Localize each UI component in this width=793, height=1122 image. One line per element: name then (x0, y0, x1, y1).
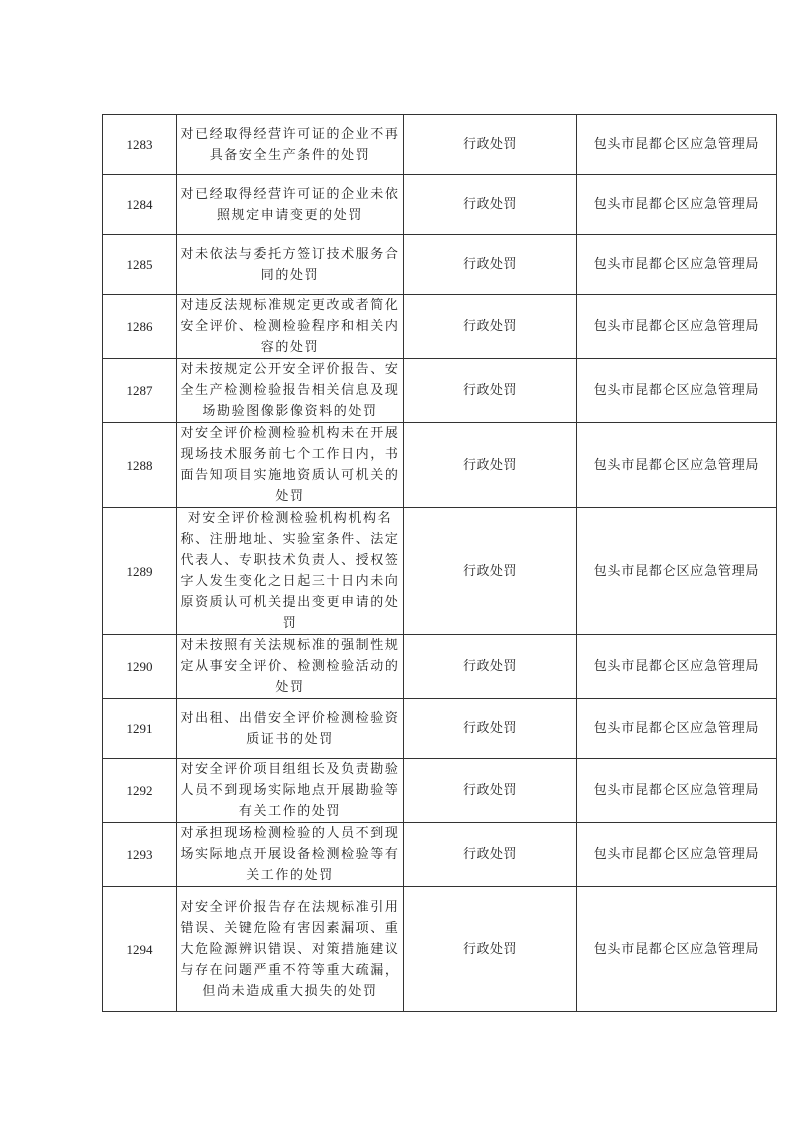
item-department: 包头市昆都仑区应急管理局 (577, 175, 777, 235)
item-number: 1289 (103, 508, 177, 635)
item-name: 对已经取得经营许可证的企业不再具备安全生产条件的处罚 (177, 115, 404, 175)
item-type: 行政处罚 (404, 759, 577, 823)
table-row: 1293 对承担现场检测检验的人员不到现场实际地点开展设备检测检验等有关工作的处… (103, 823, 777, 887)
item-type: 行政处罚 (404, 295, 577, 359)
item-name: 对未按规定公开安全评价报告、安全生产检测检验报告相关信息及现场勘验图像影像资料的… (177, 359, 404, 423)
item-department: 包头市昆都仑区应急管理局 (577, 115, 777, 175)
item-name: 对未按照有关法规标准的强制性规定从事安全评价、检测检验活动的处罚 (177, 635, 404, 699)
item-number: 1284 (103, 175, 177, 235)
item-department: 包头市昆都仑区应急管理局 (577, 823, 777, 887)
item-name: 对出租、出借安全评价检测检验资质证书的处罚 (177, 699, 404, 759)
table-row: 1283 对已经取得经营许可证的企业不再具备安全生产条件的处罚 行政处罚 包头市… (103, 115, 777, 175)
item-type: 行政处罚 (404, 359, 577, 423)
table-row: 1291 对出租、出借安全评价检测检验资质证书的处罚 行政处罚 包头市昆都仑区应… (103, 699, 777, 759)
item-name: 对安全评价检测检验机构未在开展现场技术服务前七个工作日内，书面告知项目实施地资质… (177, 423, 404, 508)
item-type: 行政处罚 (404, 115, 577, 175)
table-row: 1287 对未按规定公开安全评价报告、安全生产检测检验报告相关信息及现场勘验图像… (103, 359, 777, 423)
item-number: 1290 (103, 635, 177, 699)
item-type: 行政处罚 (404, 508, 577, 635)
item-number: 1285 (103, 235, 177, 295)
item-type: 行政处罚 (404, 235, 577, 295)
item-name: 对安全评价检测检验机构机构名称、注册地址、实验室条件、法定代表人、专职技术负责人… (177, 508, 404, 635)
item-type: 行政处罚 (404, 823, 577, 887)
item-name: 对未依法与委托方签订技术服务合同的处罚 (177, 235, 404, 295)
item-number: 1286 (103, 295, 177, 359)
table-row: 1292 对安全评价项目组组长及负责勘验人员不到现场实际地点开展勘验等有关工作的… (103, 759, 777, 823)
table-row: 1289 对安全评价检测检验机构机构名称、注册地址、实验室条件、法定代表人、专职… (103, 508, 777, 635)
table-row: 1284 对已经取得经营许可证的企业未依照规定申请变更的处罚 行政处罚 包头市昆… (103, 175, 777, 235)
table-body: 1283 对已经取得经营许可证的企业不再具备安全生产条件的处罚 行政处罚 包头市… (103, 115, 777, 1012)
item-name: 对承担现场检测检验的人员不到现场实际地点开展设备检测检验等有关工作的处罚 (177, 823, 404, 887)
item-number: 1293 (103, 823, 177, 887)
item-number: 1288 (103, 423, 177, 508)
item-department: 包头市昆都仑区应急管理局 (577, 423, 777, 508)
item-name: 对违反法规标准规定更改或者简化安全评价、检测检验程序和相关内容的处罚 (177, 295, 404, 359)
item-number: 1294 (103, 887, 177, 1012)
table-row: 1286 对违反法规标准规定更改或者简化安全评价、检测检验程序和相关内容的处罚 … (103, 295, 777, 359)
table-row: 1288 对安全评价检测检验机构未在开展现场技术服务前七个工作日内，书面告知项目… (103, 423, 777, 508)
item-department: 包头市昆都仑区应急管理局 (577, 635, 777, 699)
item-department: 包头市昆都仑区应急管理局 (577, 887, 777, 1012)
item-name: 对已经取得经营许可证的企业未依照规定申请变更的处罚 (177, 175, 404, 235)
item-number: 1292 (103, 759, 177, 823)
table-row: 1294 对安全评价报告存在法规标准引用错误、关键危险有害因素漏项、重大危险源辨… (103, 887, 777, 1012)
item-department: 包头市昆都仑区应急管理局 (577, 295, 777, 359)
item-type: 行政处罚 (404, 887, 577, 1012)
item-type: 行政处罚 (404, 175, 577, 235)
table-row: 1285 对未依法与委托方签订技术服务合同的处罚 行政处罚 包头市昆都仑区应急管… (103, 235, 777, 295)
table-row: 1290 对未按照有关法规标准的强制性规定从事安全评价、检测检验活动的处罚 行政… (103, 635, 777, 699)
item-name: 对安全评价项目组组长及负责勘验人员不到现场实际地点开展勘验等有关工作的处罚 (177, 759, 404, 823)
item-type: 行政处罚 (404, 635, 577, 699)
item-number: 1287 (103, 359, 177, 423)
item-number: 1291 (103, 699, 177, 759)
item-name: 对安全评价报告存在法规标准引用错误、关键危险有害因素漏项、重大危险源辨识错误、对… (177, 887, 404, 1012)
item-department: 包头市昆都仑区应急管理局 (577, 759, 777, 823)
item-department: 包头市昆都仑区应急管理局 (577, 235, 777, 295)
item-number: 1283 (103, 115, 177, 175)
item-type: 行政处罚 (404, 699, 577, 759)
item-department: 包头市昆都仑区应急管理局 (577, 699, 777, 759)
item-type: 行政处罚 (404, 423, 577, 508)
document-page: 1283 对已经取得经营许可证的企业不再具备安全生产条件的处罚 行政处罚 包头市… (0, 0, 793, 1122)
item-department: 包头市昆都仑区应急管理局 (577, 508, 777, 635)
item-department: 包头市昆都仑区应急管理局 (577, 359, 777, 423)
penalty-items-table: 1283 对已经取得经营许可证的企业不再具备安全生产条件的处罚 行政处罚 包头市… (102, 114, 777, 1012)
